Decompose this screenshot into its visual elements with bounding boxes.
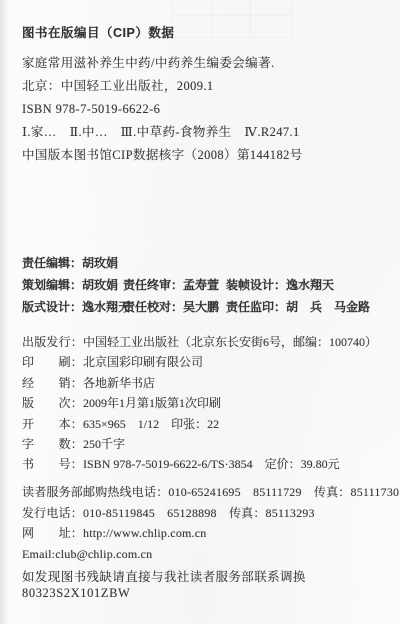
publish-value: 635×965 1/12 印张：22 <box>83 417 219 431</box>
publish-value: 2009年1月第1版第1次印刷 <box>83 396 221 410</box>
staff-value: 胡玫娟 <box>82 278 118 292</box>
staff-cell-print-supervisor: 责任监印：胡 兵 马金路 <box>226 297 370 319</box>
cip-isbn-line: ISBN 978-7-5019-6622-6 <box>22 98 303 121</box>
book-copyright-page: 图书在版编目（CIP）数据 家庭常用滋补养生中药/中药养生编委会编著. 北京：中… <box>0 0 400 624</box>
staff-value: 逸水翔天 <box>286 278 334 292</box>
staff-label: 策划编辑： <box>22 278 82 292</box>
website-url: http://www.chlip.com.cn <box>83 526 206 540</box>
staff-label: 版式设计： <box>22 300 82 314</box>
cip-block: 图书在版编目（CIP）数据 家庭常用滋补养生中药/中药养生编委会编著. 北京：中… <box>22 23 303 167</box>
publish-row-publisher: 出版发行：中国轻工业出版社（北京东长安街6号，邮编：100740） <box>22 332 377 352</box>
publish-value: 北京国彩印刷有限公司 <box>83 355 203 369</box>
staff-cell-layout-designer: 版式设计：逸水翔天 <box>22 297 130 319</box>
page-left-edge-shadow <box>0 0 9 624</box>
staff-label: 责任终审： <box>123 278 183 292</box>
publish-label: 经 销： <box>22 373 83 393</box>
staff-cell-binding-designer: 装帧设计：逸水翔天 <box>226 275 334 297</box>
staff-value: 吴大鹏 <box>183 300 219 314</box>
publish-label: 出版发行： <box>22 332 83 352</box>
website-label: 网 址： <box>22 523 83 544</box>
staff-label: 装帧设计： <box>226 278 286 292</box>
publish-value: ISBN 978-7-5019-6622-6/TS·3854 定价：39.80元 <box>83 457 340 471</box>
publish-label: 印 刷： <box>22 352 83 372</box>
publish-row-edition: 版 次：2009年1月第1版第1次印刷 <box>22 393 377 413</box>
staff-value: 胡 兵 马金路 <box>286 300 370 314</box>
publish-value: 中国轻工业出版社（北京东长安街6号，邮编：100740） <box>83 335 377 349</box>
distribution-phone-line: 发行电话：010-85119845 65128898 传真：85113293 <box>22 503 399 524</box>
publish-label: 开 本： <box>22 414 83 434</box>
cip-title-line: 家庭常用滋补养生中药/中药养生编委会编著. <box>22 52 303 75</box>
contact-block: 读者服务部邮购热线电话：010-65241695 85111729 传真：851… <box>22 482 399 564</box>
staff-label: 责任校对： <box>123 300 183 314</box>
print-code: 80323S2X101ZBW <box>22 586 130 601</box>
staff-label: 责任监印： <box>226 300 286 314</box>
publish-row-book-number: 书 号：ISBN 978-7-5019-6622-6/TS·3854 定价：39… <box>22 454 377 474</box>
publish-row-distributor: 经 销：各地新华书店 <box>22 373 377 393</box>
staff-label: 责任编辑： <box>22 256 82 270</box>
publish-value: 250千字 <box>83 437 125 451</box>
staff-cell-planning-editor: 策划编辑：胡玫娟 <box>22 275 118 297</box>
cip-header: 图书在版编目（CIP）数据 <box>22 23 303 41</box>
staff-value: 胡玫娟 <box>82 256 118 270</box>
staff-cell-final-reviewer: 责任终审：孟寿萱 <box>123 275 219 297</box>
publish-block: 出版发行：中国轻工业出版社（北京东长安街6号，邮编：100740） 印 刷：北京… <box>22 332 377 475</box>
publish-label: 书 号： <box>22 454 83 474</box>
publish-label: 字 数： <box>22 434 83 454</box>
publish-label: 版 次： <box>22 393 83 413</box>
cip-publisher-line: 北京：中国轻工业出版社，2009.1 <box>22 75 303 98</box>
publish-row-format: 开 本：635×965 1/12 印张：22 <box>22 414 377 434</box>
publish-row-word-count: 字 数：250千字 <box>22 434 377 454</box>
staff-cell-managing-editor: 责任编辑：胡玫娟 <box>22 253 118 275</box>
damaged-book-notice: 如发现图书残缺请直接与我社读者服务部联系调换 <box>22 567 306 585</box>
mail-order-hotline-line: 读者服务部邮购热线电话：010-65241695 85111729 传真：851… <box>22 482 399 503</box>
publish-row-printer: 印 刷：北京国彩印刷有限公司 <box>22 352 377 372</box>
cip-record-line: 中国版本图书馆CIP数据核字（2008）第144182号 <box>22 144 303 167</box>
cip-classification-line: Ⅰ.家… Ⅱ.中… Ⅲ.中草药-食物养生 Ⅳ.R247.1 <box>22 121 303 144</box>
staff-cell-proofreader: 责任校对：吴大鹏 <box>123 297 219 319</box>
publish-value: 各地新华书店 <box>83 376 155 390</box>
staff-value: 孟寿萱 <box>183 278 219 292</box>
website-line: 网 址：http://www.chlip.com.cn <box>22 523 399 544</box>
email-line: Email:club@chlip.com.cn <box>22 544 399 565</box>
